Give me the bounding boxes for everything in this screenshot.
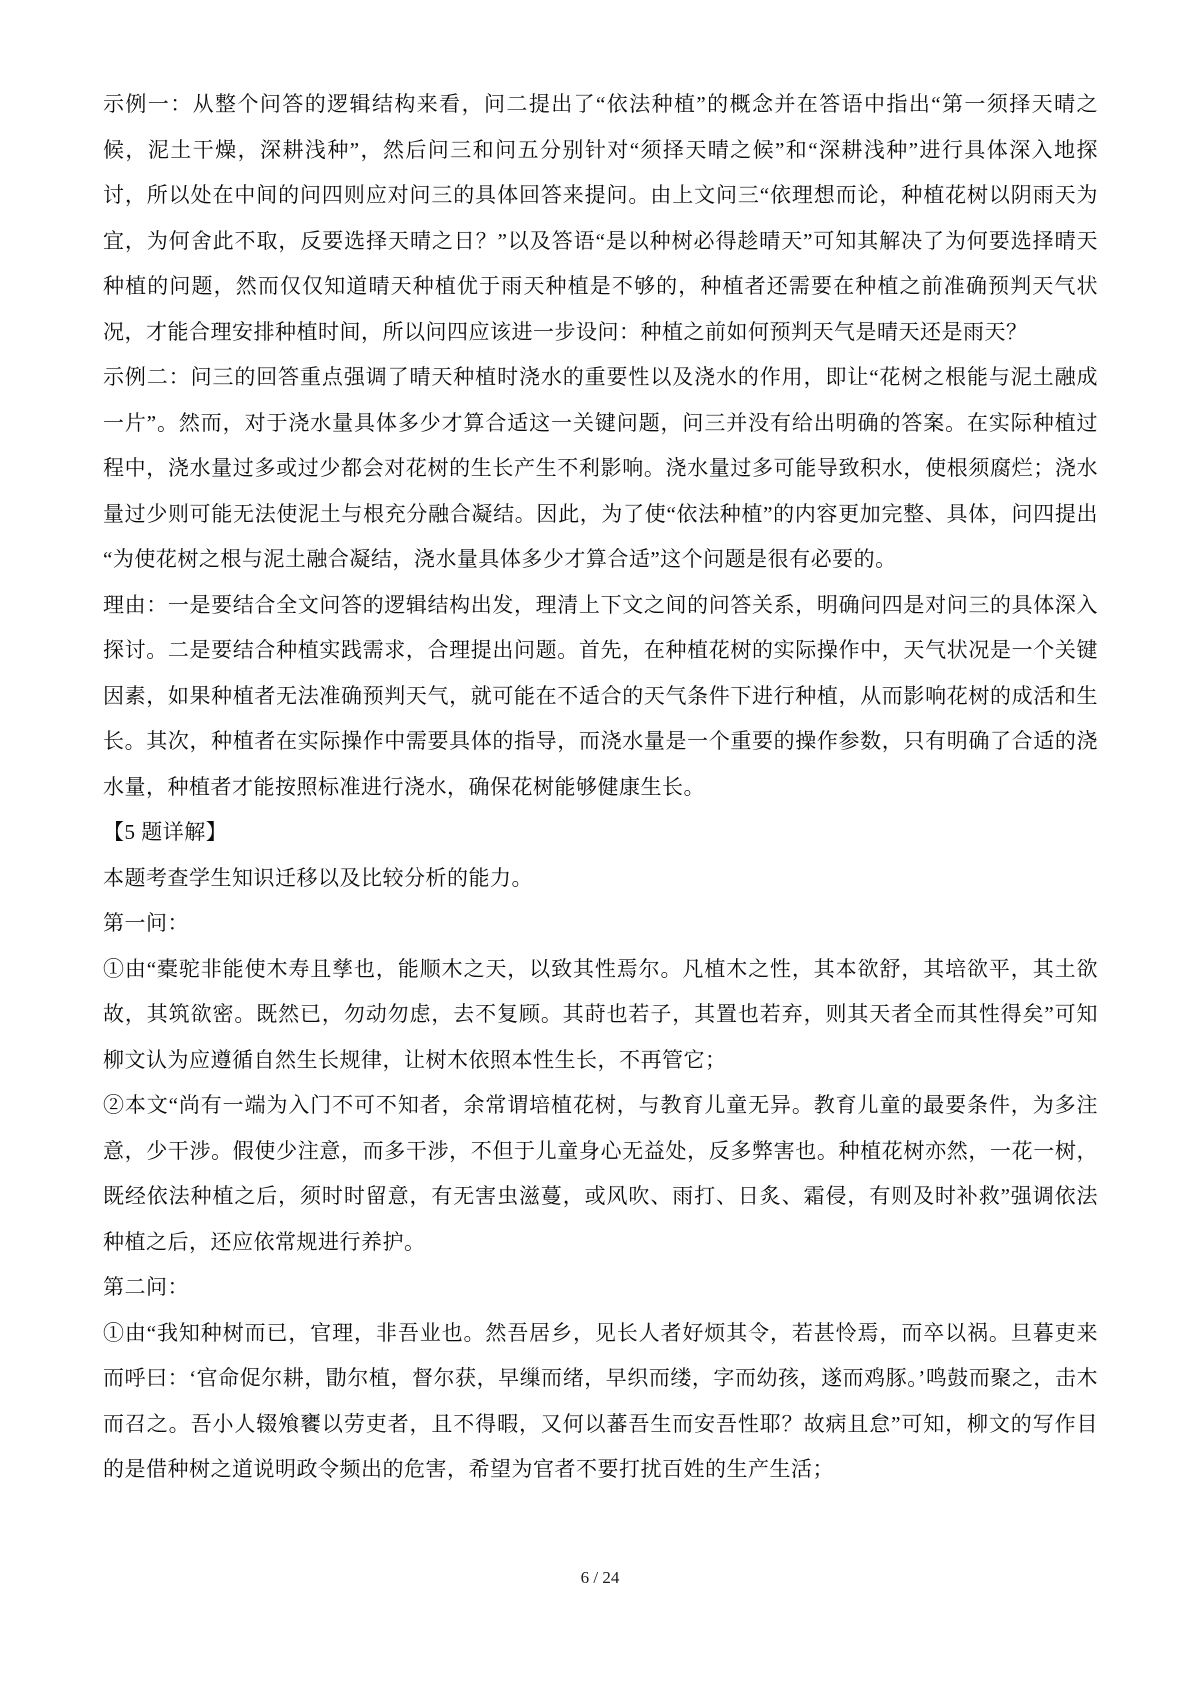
document-page: 示例一：从整个问答的逻辑结构来看，问二提出了“依法种植”的概念并在答语中指出“第… [0, 0, 1200, 1697]
paragraph-second-question-point-1: ①由“我知种树而已，官理，非吾业也。然吾居乡，见长人者好烦其令，若甚怜焉，而卒以… [103, 1311, 1098, 1493]
paragraph-example-one: 示例一：从整个问答的逻辑结构来看，问二提出了“依法种植”的概念并在答语中指出“第… [103, 82, 1098, 355]
page-number: 6 / 24 [0, 1568, 1200, 1588]
paragraph-example-two: 示例二：问三的回答重点强调了晴天种植时浇水的重要性以及浇水的作用，即让“花树之根… [103, 355, 1098, 583]
paragraph-first-question-point-2: ②本文“尚有一端为入门不可不知者，余常谓培植花树，与教育儿童无异。教育儿童的最要… [103, 1083, 1098, 1265]
document-body: 示例一：从整个问答的逻辑结构来看，问二提出了“依法种植”的概念并在答语中指出“第… [103, 82, 1098, 1493]
paragraph-reason: 理由：一是要结合全文问答的逻辑结构出发，理清上下文之间的问答关系，明确问四是对问… [103, 583, 1098, 811]
section-heading-question-5: 【5 题详解】 [103, 810, 1098, 856]
paragraph-first-question-point-1: ①由“橐驼非能使木寿且孳也，能顺木之天，以致其性焉尔。凡植木之性，其本欲舒，其培… [103, 947, 1098, 1084]
subheading-first-question: 第一问： [103, 901, 1098, 947]
subheading-second-question: 第二问： [103, 1265, 1098, 1311]
paragraph-exam-focus: 本题考查学生知识迁移以及比较分析的能力。 [103, 856, 1098, 902]
